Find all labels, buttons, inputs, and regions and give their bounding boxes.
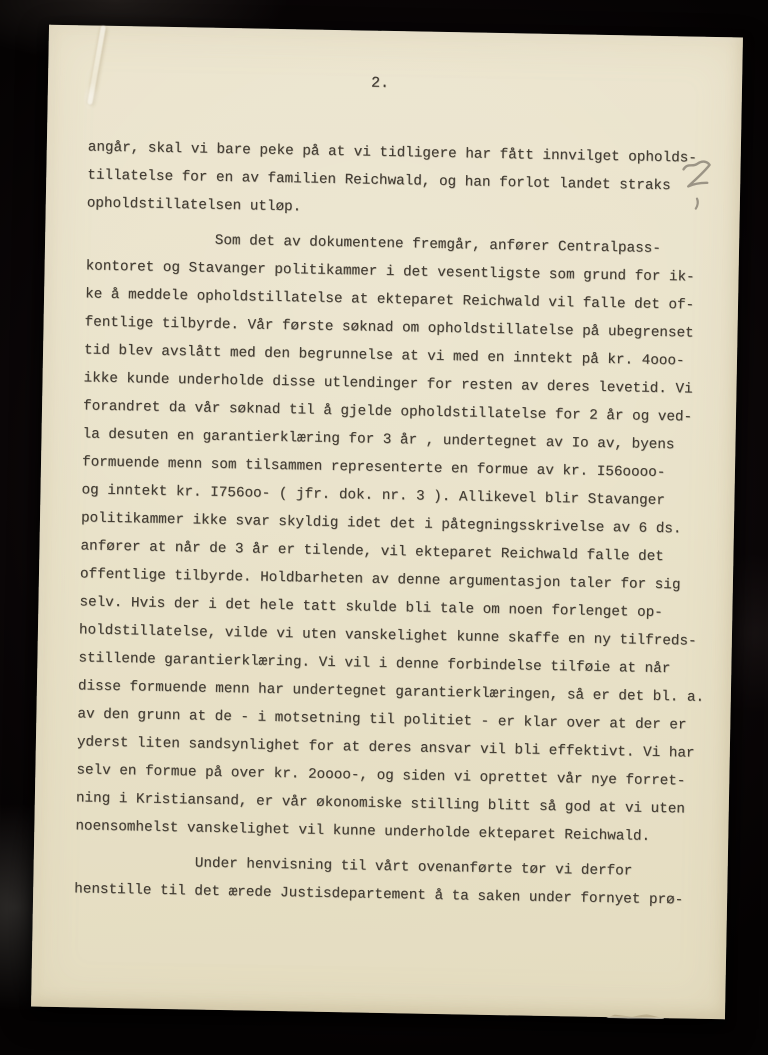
paragraph: Som det av dokumentene fremgår, anfører … xyxy=(75,224,719,851)
text-block: angår, skal vi bare peke på at vi tidlig… xyxy=(74,133,721,914)
paper-crease xyxy=(87,25,106,105)
page-number: 2. xyxy=(33,68,727,98)
paragraph: angår, skal vi bare peke på at vi tidlig… xyxy=(87,133,721,229)
document-page: 2. angår, skal vi bare peke på at vi tid… xyxy=(31,25,743,1020)
paper-tear xyxy=(606,1012,664,1019)
paragraph: Under henvisning til vårt ovenanførte tø… xyxy=(74,847,708,915)
